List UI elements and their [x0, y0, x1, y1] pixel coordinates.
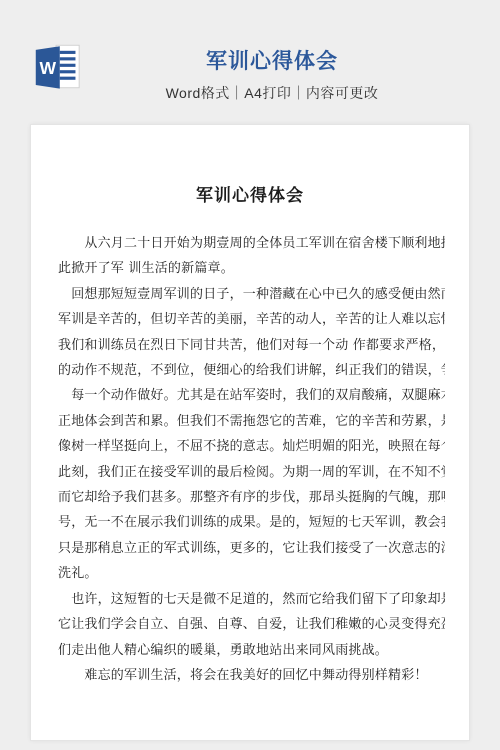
document-text-line: 正地体会到苦和累。但我们不需拖怨它的苦难，它的辛苦和劳累，是在磨练我们 — [58, 409, 445, 434]
document-text-line: 也许，这短暂的七天是微不足道的，然而它给我们留下了印象却是无比深刻的。 — [58, 587, 445, 612]
document-text-line: 军训是辛苦的，但切辛苦的美丽，辛苦的动人，辛苦的让人难以忘怀。在军训时， — [58, 307, 445, 332]
document-text-line: 只是那稍息立正的军式训练，更多的，它让我们接受了一次意志的沐浴，精神的 — [58, 536, 445, 561]
page-title: 军训心得体会 — [44, 45, 500, 75]
page-background: { "header": { "title": "军训心得体会", "subtit… — [0, 0, 500, 750]
document-text-line: 我们和训练员在烈日下同甘共苦，他们对每一个动 作都要求严格，一发现我们 — [58, 333, 445, 358]
document-text-line: 从六月二十日开始为期壹周的全体员工军训在宿舍楼下顺利地拉开了帷幕。自 — [58, 231, 445, 256]
document-text-line: 像树一样坚挺向上，不屈不挠的意志。灿烂明媚的阳光，映照在每个人的脸上。 — [58, 434, 445, 459]
document-text-line: 号，无一不在展示我们训练的成果。是的，短短的七天军训，教会我们的恐怕不 — [58, 510, 445, 535]
document-text-line: 洗礼。 — [58, 561, 445, 586]
document-text-line: 此掀开了军 训生活的新篇章。 — [58, 256, 445, 281]
document-text-line: 而它却给予我们甚多。那整齐有序的步伐，那昂头挺胸的气魄，那嘹亮恢弘的口 — [58, 485, 445, 510]
document-body: 从六月二十日开始为期壹周的全体员工军训在宿舍楼下顺利地拉开了帷幕。自此掀开了军 … — [58, 231, 445, 688]
header-text-block: 军训心得体会 Word格式｜A4打印｜内容可更改 — [0, 0, 500, 103]
document-page: 军训心得体会 从六月二十日开始为期壹周的全体员工军训在宿舍楼下顺利地拉开了帷幕。… — [30, 124, 470, 741]
document-text-line: 它让我们学会自立、自强、自尊、自爱，让我们稚嫩的心灵变得充盈成熟，让我 — [58, 612, 445, 637]
document-text-line: 每一个动作做好。尤其是在站军姿时，我们的双肩酸痛，双腿麻木，让我们真 — [58, 383, 445, 408]
header: W 军训心得体会 Word格式｜A4打印｜内容可更改 — [0, 0, 500, 124]
document-text-line: 难忘的军训生活，将会在我美好的回忆中舞动得别样精彩！ — [58, 663, 445, 688]
page-subtitle: Word格式｜A4打印｜内容可更改 — [44, 83, 500, 103]
document-text-line: 的动作不规范，不到位，便细心的给我们讲解，纠正我们的错误，争取让我们把 — [58, 358, 445, 383]
document-text-line: 此刻，我们正在接受军训的最后检阅。为期一周的军训，在不知不觉中结束，然 — [58, 460, 445, 485]
document-text-line: 回想那短短壹周军训的日子，一种潜藏在心中已久的感受便由然而生。的确， — [58, 282, 445, 307]
document-title: 军训心得体会 — [31, 181, 469, 206]
document-text-line: 们走出他人精心编织的暖巢，勇敢地站出来同风雨挑战。 — [58, 638, 445, 663]
